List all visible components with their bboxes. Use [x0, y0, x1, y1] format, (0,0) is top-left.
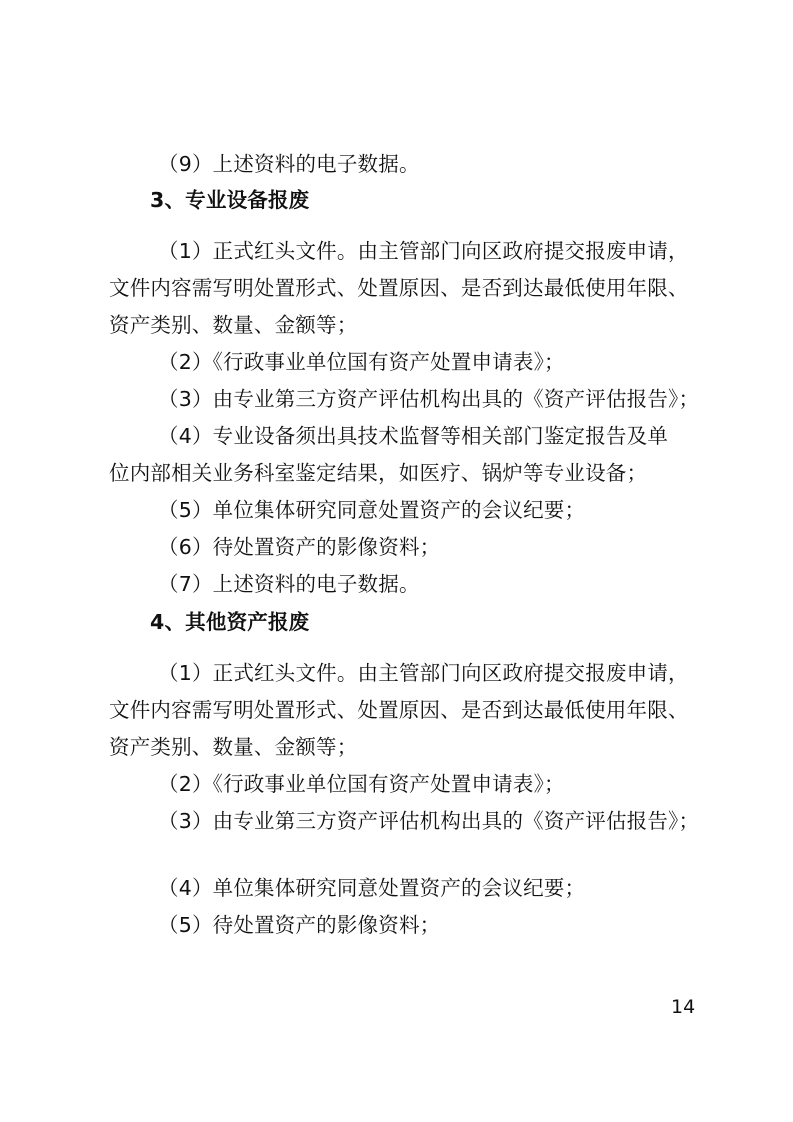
list-item: （1）正式红头文件。由主管部门向区政府提交报废申请，: [158, 237, 689, 265]
section-heading-4: 4、其他资产报废: [150, 608, 309, 636]
page-number: 14: [671, 996, 695, 1018]
list-item-continuation: 文件内容需写明处置形式、处置原因、是否到达最低使用年限、: [109, 696, 689, 724]
list-item-continuation: 位内部相关业务科室鉴定结果，如医疗、锅炉等专业设备；: [109, 459, 647, 487]
section-heading-3: 3、专业设备报废: [150, 186, 309, 214]
list-item: （1）正式红头文件。由主管部门向区政府提交报废申请，: [158, 659, 689, 687]
list-item-continuation: 文件内容需写明处置形式、处置原因、是否到达最低使用年限、: [109, 274, 689, 302]
list-item: （2）《行政事业单位国有资产处置申请表》；: [158, 348, 565, 376]
list-item-continuation: 资产类别、数量、金额等；: [109, 311, 357, 339]
list-item-continuation: 资产类别、数量、金额等；: [109, 733, 357, 761]
list-item: （7）上述资料的电子数据。: [158, 570, 420, 598]
list-item: （4）专业设备须出具技术监督等相关部门鉴定报告及单: [158, 422, 668, 450]
list-item: （4）单位集体研究同意处置资产的会议纪要；: [158, 874, 585, 902]
list-item-9-electronic-data: （9）上述资料的电子数据。: [158, 150, 420, 178]
list-item: （3）由专业第三方资产评估机构出具的《资产评估报告》；: [158, 807, 699, 835]
list-item: （3）由专业第三方资产评估机构出具的《资产评估报告》；: [158, 385, 699, 413]
list-item: （2）《行政事业单位国有资产处置申请表》；: [158, 770, 565, 798]
list-item: （5）单位集体研究同意处置资产的会议纪要；: [158, 496, 585, 524]
list-item: （6）待处置资产的影像资料；: [158, 533, 440, 561]
list-item: （5）待处置资产的影像资料；: [158, 911, 440, 939]
